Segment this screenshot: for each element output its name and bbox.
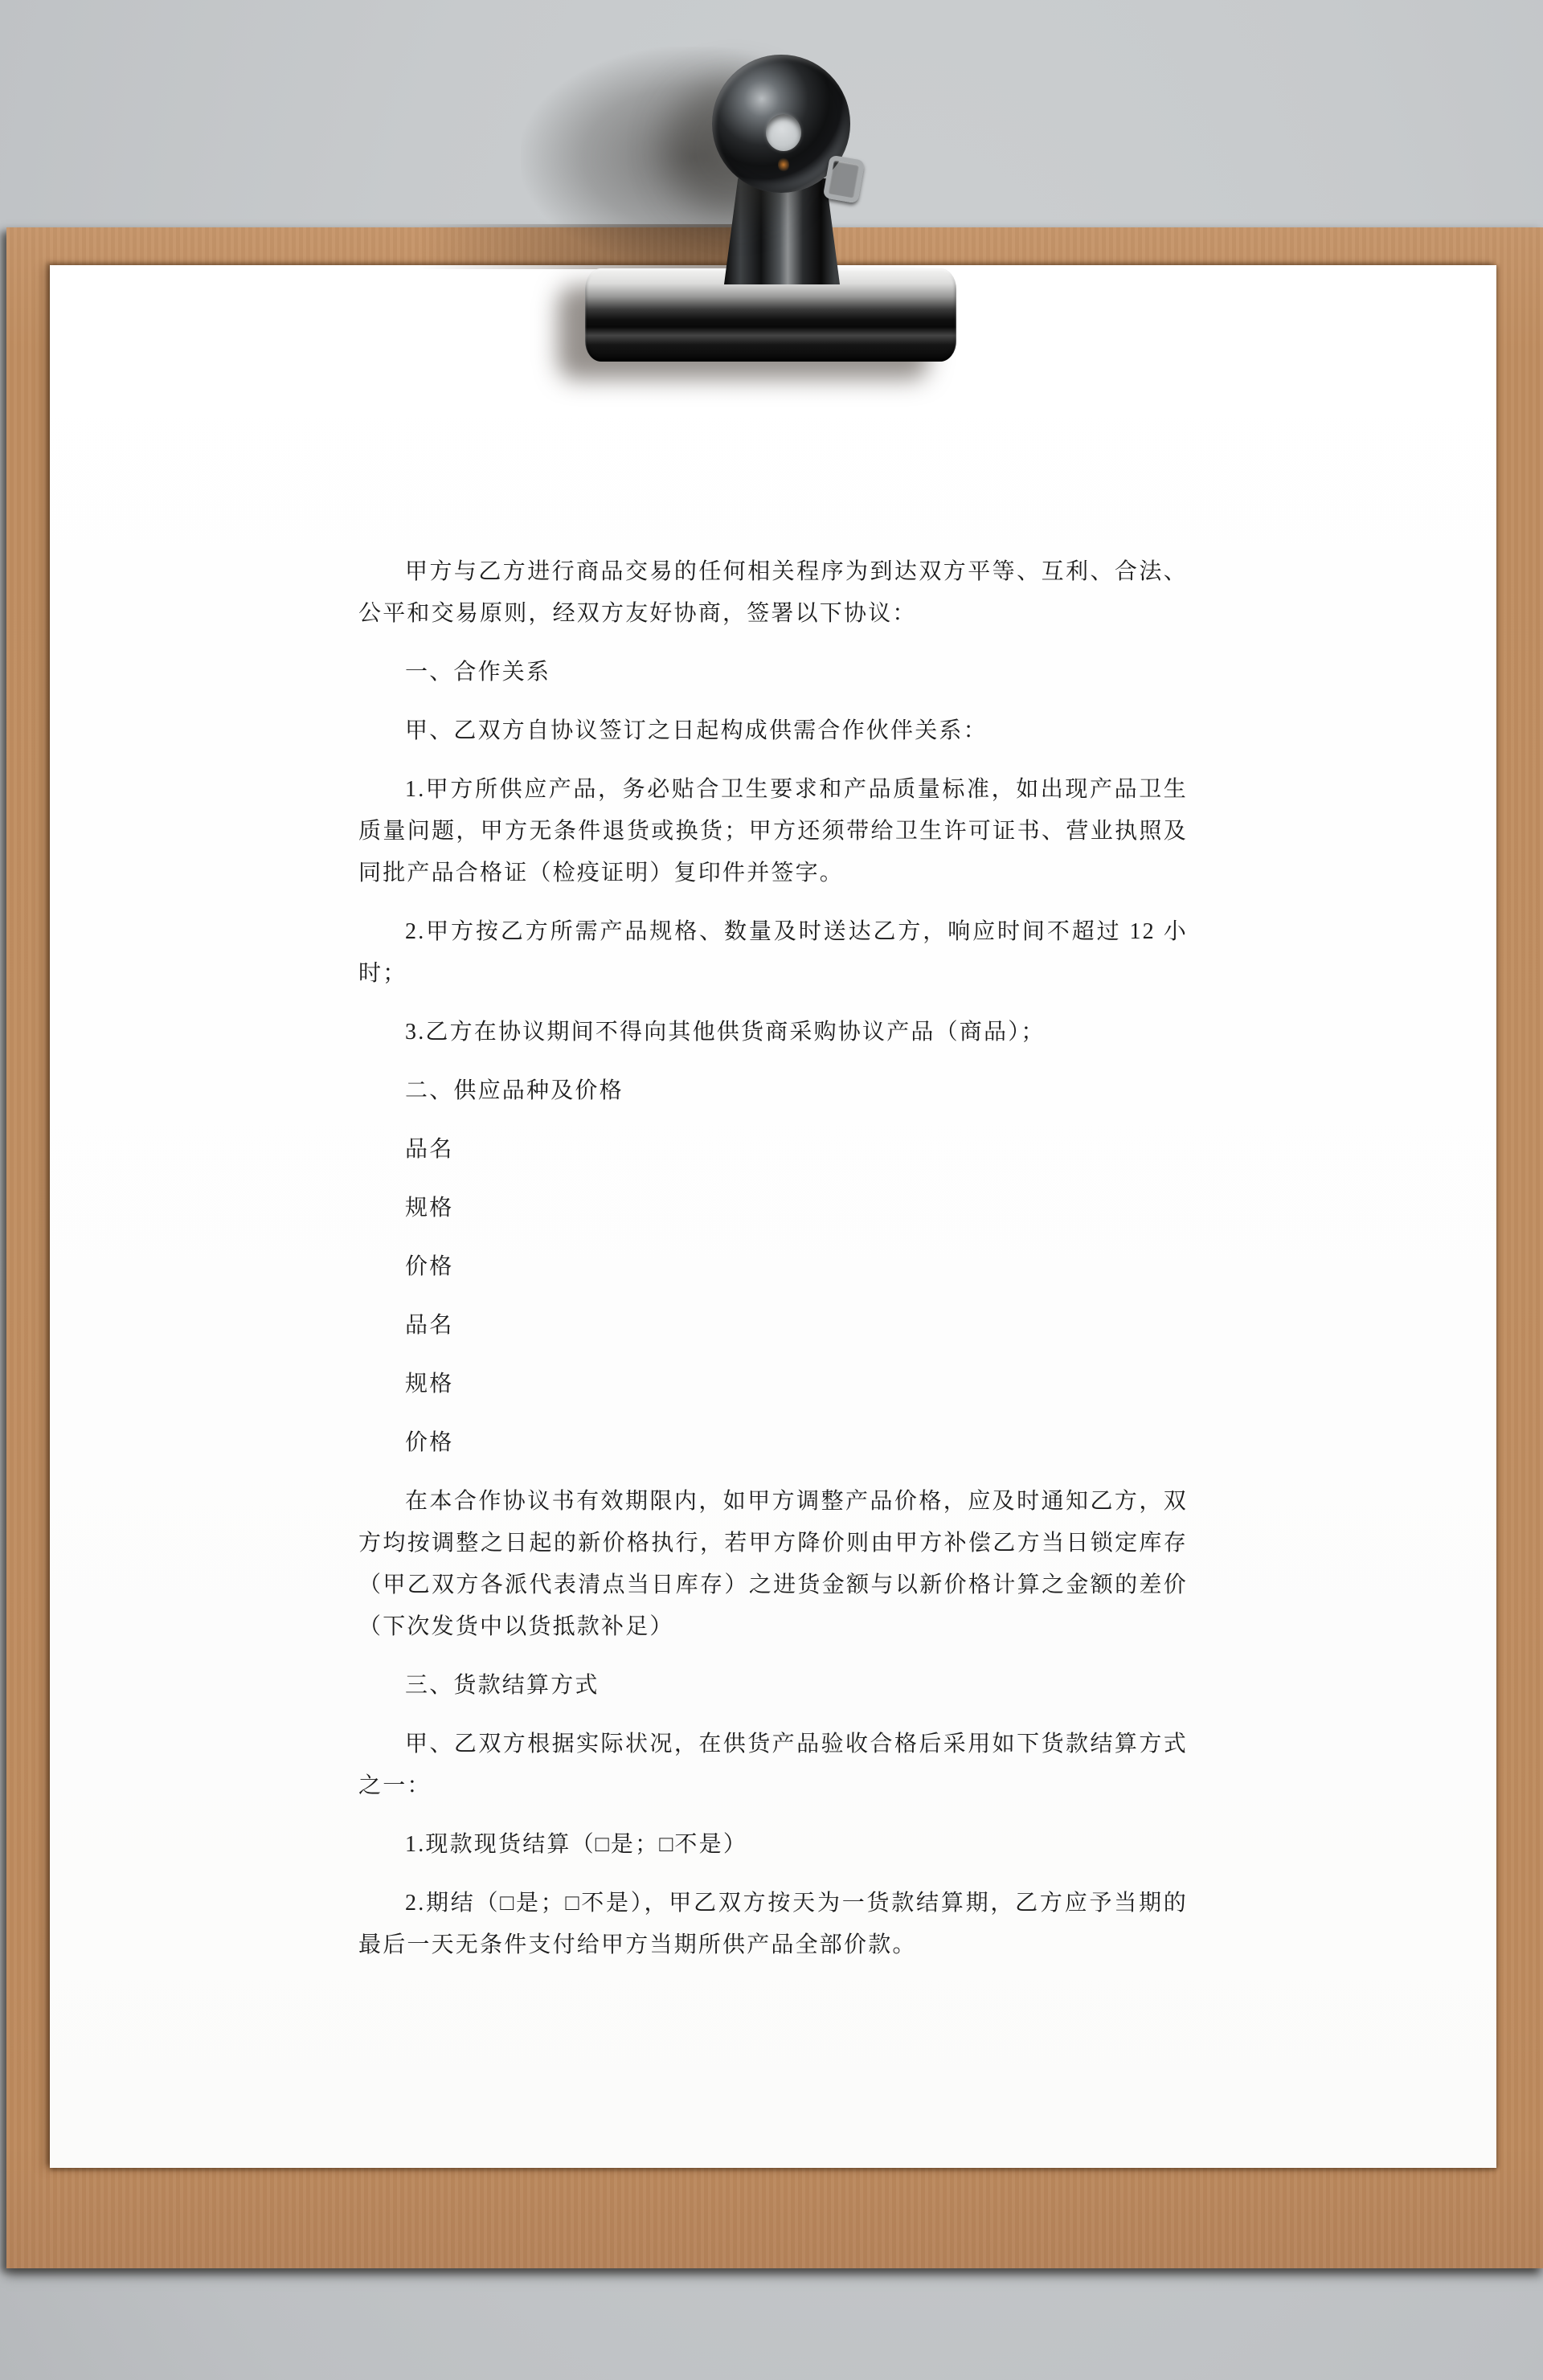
clip-neck — [724, 178, 840, 284]
paragraph: 2.期结（□是；□不是），甲乙双方按天为一货款结算期，乙方应予当期的最后一天无条… — [358, 1883, 1188, 1966]
paragraph: 价格 — [358, 1422, 1188, 1464]
clip-hole — [766, 114, 801, 151]
clip-reflection-glint — [778, 157, 789, 172]
paragraph: 甲、乙双方根据实际状况，在供货产品验收合格后采用如下货款结算方式之一： — [358, 1724, 1188, 1807]
paragraph: 三、货款结算方式 — [358, 1665, 1188, 1707]
paragraph: 1.甲方所供应产品，务必贴合卫生要求和产品质量标准，如出现产品卫生质量问题，甲方… — [358, 769, 1188, 894]
document-page: 甲方与乙方进行商品交易的任何相关程序为到达双方平等、互利、合法、公平和交易原则，… — [50, 265, 1496, 2168]
paragraph: 规格 — [358, 1188, 1188, 1229]
paragraph: 二、供应品种及价格 — [358, 1070, 1188, 1112]
paragraph: 品名 — [358, 1129, 1188, 1171]
paragraph: 价格 — [358, 1246, 1188, 1288]
paragraph: 在本合作协议书有效期限内，如甲方调整产品价格，应及时通知乙方，双方均按调整之日起… — [358, 1481, 1188, 1648]
paragraph: 一、合作关系 — [358, 652, 1188, 693]
paragraph: 甲、乙双方自协议签订之日起构成供需合作伙伴关系： — [358, 710, 1188, 752]
paragraph: 3.乙方在协议期间不得向其他供货商采购协议产品（商品）； — [358, 1012, 1188, 1053]
clip-lever-icon — [823, 155, 866, 204]
paragraph: 甲方与乙方进行商品交易的任何相关程序为到达双方平等、互利、合法、公平和交易原则，… — [358, 551, 1188, 635]
paragraph: 2.甲方按乙方所需产品规格、数量及时送达乙方，响应时间不超过 12 小时； — [358, 911, 1188, 995]
paragraph: 规格 — [358, 1364, 1188, 1405]
document-text: 甲方与乙方进行商品交易的任何相关程序为到达双方平等、互利、合法、公平和交易原则，… — [358, 265, 1188, 1966]
paragraph: 1.现款现货结算（□是；□不是） — [358, 1824, 1188, 1866]
paragraph: 品名 — [358, 1305, 1188, 1347]
